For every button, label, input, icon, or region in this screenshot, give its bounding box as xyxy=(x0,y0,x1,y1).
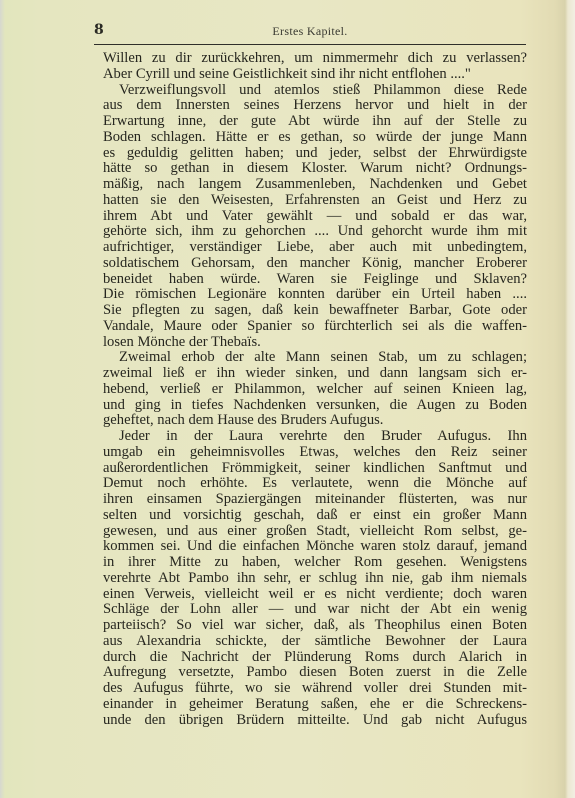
text-line: Aber Cyrill und seine Geistlichkeit sind… xyxy=(103,67,527,83)
text-line: Zweimal erhob der alte Mann seinen Stab,… xyxy=(103,350,527,366)
text-line: Erwartung inne, der gute Abt würde ihn a… xyxy=(103,114,527,130)
page-header: 8 Erstes Kapitel. xyxy=(94,22,526,40)
text-line: in ihrer Mitte zu haben, welcher Rom ges… xyxy=(103,555,527,571)
text-line: gewesen, und aus einer großen Stadt, vie… xyxy=(103,524,527,540)
book-page: 8 Erstes Kapitel. Willen zu dir zurückke… xyxy=(0,0,575,798)
paragraph: Jeder in der Laura verehrte den Bruder A… xyxy=(103,429,527,728)
running-title: Erstes Kapitel. xyxy=(94,24,526,39)
text-line: gehörte sich, ihm zu gehorchen .... Und … xyxy=(103,224,527,240)
text-line: Aufregung versetzte, Pambo diesen Boten … xyxy=(103,665,527,681)
text-line: unde den übrigen Brüdern mitteilte. Und … xyxy=(103,713,527,729)
text-line: Jeder in der Laura verehrte den Bruder A… xyxy=(103,429,527,445)
text-line: umgab ein geheimnisvolles Etwas, welches… xyxy=(103,445,527,461)
text-line: außerordentlichen Frömmigkeit, seiner ki… xyxy=(103,461,527,477)
text-line: und ging in tiefes Nachdenken versunken,… xyxy=(103,398,527,414)
text-line: Schläge der Lohn aller — und war nicht d… xyxy=(103,602,527,618)
text-line: geheftet, nach dem Hause des Bruders Auf… xyxy=(103,413,527,429)
text-line: Demut noch erhöhte. Es verlautete, wenn … xyxy=(103,476,527,492)
text-line: Verzweiflungsvoll und atemlos stieß Phil… xyxy=(103,83,527,99)
text-line: soldatischem Gehorsam, den mancher König… xyxy=(103,256,527,272)
text-line: parteiisch? So viel war sicher, daß, als… xyxy=(103,618,527,634)
text-line: kommen sei. Und die einfachen Mönche war… xyxy=(103,539,527,555)
paragraph: Zweimal erhob der alte Mann seinen Stab,… xyxy=(103,350,527,429)
text-line: mäßig, nach langem Zusammenleben, Nachde… xyxy=(103,177,527,193)
text-line: Willen zu dir zurückkehren, um nimmermeh… xyxy=(103,51,527,67)
text-line: Boden schlagen. Hätte er es gethan, so w… xyxy=(103,130,527,146)
text-line: ihrem Abt und Vater gewählt — und sobald… xyxy=(103,209,527,225)
text-line: verehrte Abt Pambo ihn sehr, er schlug i… xyxy=(103,571,527,587)
text-line: einen Verweis, vielleicht weil er es nic… xyxy=(103,587,527,603)
text-line: Die römischen Legionäre konnten darüber … xyxy=(103,287,527,303)
text-line: Vandale, Maure oder Spanier so fürchterl… xyxy=(103,319,527,335)
text-line: beneidet haben würde. Waren sie Feigling… xyxy=(103,272,527,288)
text-line: hatten sie den Weisesten, Erfahrensten a… xyxy=(103,193,527,209)
text-line: zweimal ließ er ihn wieder sinken, und d… xyxy=(103,366,527,382)
text-line: Sie pflegten zu sagen, daß kein bewaffne… xyxy=(103,303,527,319)
text-line: aus dem Innersten seines Herzens hervor … xyxy=(103,98,527,114)
paragraph: Verzweiflungsvoll und atemlos stieß Phil… xyxy=(103,83,527,351)
text-line: es geduldig gelitten haben; und jeder, s… xyxy=(103,146,527,162)
text-line: hätte so gethan in diesem Kloster. Warum… xyxy=(103,161,527,177)
text-line: aufrichtiger, verständiger Liebe, aber a… xyxy=(103,240,527,256)
text-line: einander in geheimer Beratung saßen, ehe… xyxy=(103,697,527,713)
header-rule xyxy=(94,44,526,45)
text-line: aus Alexandria schickte, der sämtliche B… xyxy=(103,634,527,650)
text-line: ihren einsamen Spaziergängen miteinander… xyxy=(103,492,527,508)
text-line: durch die Nachricht der Plünderung Roms … xyxy=(103,650,527,666)
body-text: Willen zu dir zurückkehren, um nimmermeh… xyxy=(103,51,527,728)
paragraph: Willen zu dir zurückkehren, um nimmermeh… xyxy=(103,51,527,83)
text-line: losen Mönche der Thebaïs. xyxy=(103,335,527,351)
text-line: hebend, verließ er Philammon, welcher au… xyxy=(103,382,527,398)
text-line: selten und vorsichtig geschah, daß er ei… xyxy=(103,508,527,524)
text-line: des Aufugus führte, wo sie während volle… xyxy=(103,681,527,697)
